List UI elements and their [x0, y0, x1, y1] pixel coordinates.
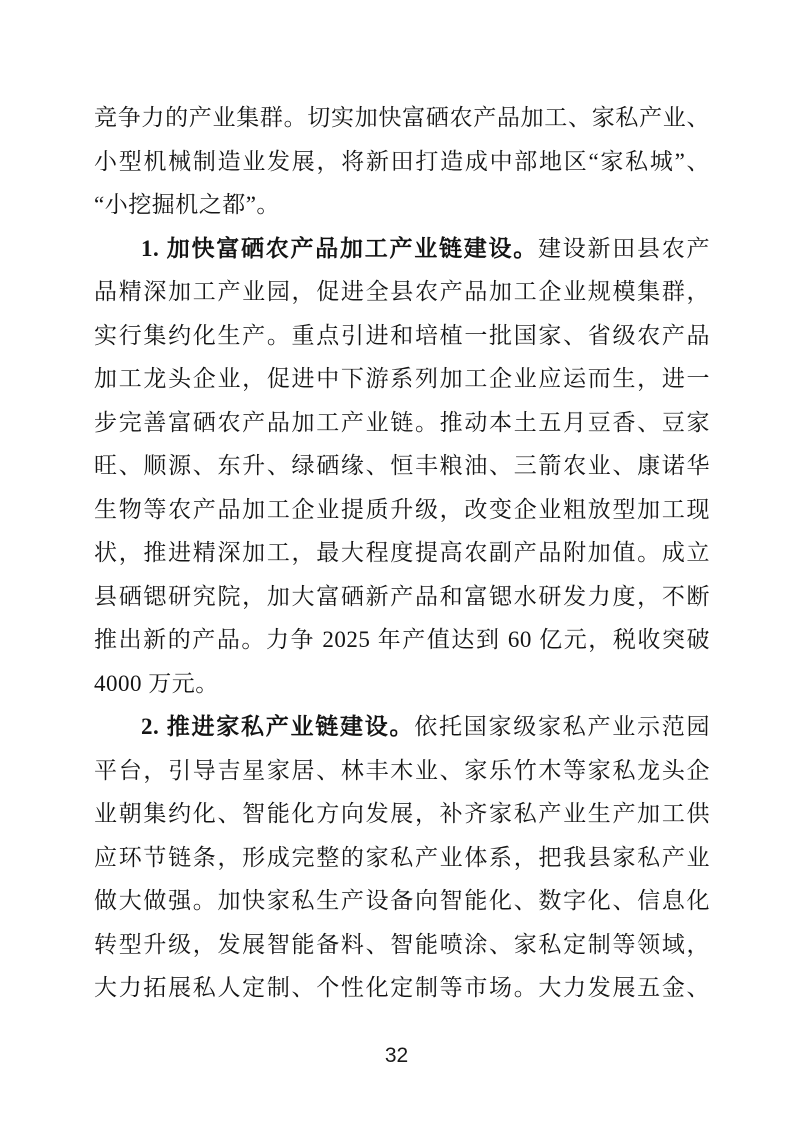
body-run: “小挖掘机之都”。	[94, 192, 280, 217]
body-run: 生物等农产品加工企业提质升级，改变企业粗放型加工现	[94, 497, 710, 522]
text-line: 小型机械制造业发展，将新田打造成中部地区“家私城”、	[94, 140, 710, 184]
text-line: 2. 推进家私产业链建设。依托国家级家私产业示范园	[94, 705, 710, 749]
text-line: 应环节链条，形成完整的家私产业体系，把我县家私产业	[94, 836, 710, 880]
paragraph-intro-continuation: 竞争力的产业集群。切实加快富硒农产品加工、家私产业、小型机械制造业发展，将新田打…	[94, 96, 710, 227]
text-line: 旺、顺源、东升、绿硒缘、恒丰粮油、三箭农业、康诺华	[94, 444, 710, 488]
text-line: 4000 万元。	[94, 662, 710, 706]
text-line: 大力拓展私人定制、个性化定制等市场。大力发展五金、	[94, 966, 710, 1010]
text-line: 县硒锶研究院，加大富硒新产品和富锶水研发力度，不断	[94, 575, 710, 619]
body-run: 转型升级，发展智能备料、智能喷涂、家私定制等领域，	[94, 932, 710, 957]
text-line: 加工龙头企业，促进中下游系列加工企业应运而生，进一	[94, 357, 710, 401]
body-run: 旺、顺源、东升、绿硒缘、恒丰粮油、三箭农业、康诺华	[94, 453, 710, 478]
body-run: 4000 万元。	[94, 671, 219, 696]
heading-run: 2. 推进家私产业链建设。	[141, 714, 414, 739]
body-run: 做大做强。加快家私生产设备向智能化、数字化、信息化	[94, 888, 710, 913]
body-run: 步完善富硒农产品加工产业链。推动本土五月豆香、豆家	[94, 410, 710, 435]
body-run: 状，推进精深加工，最大程度提高农副产品附加值。成立	[94, 540, 710, 565]
text-line: 状，推进精深加工，最大程度提高农副产品附加值。成立	[94, 531, 710, 575]
text-line: 1. 加快富硒农产品加工产业链建设。建设新田县农产	[94, 227, 710, 271]
body-run: 应环节链条，形成完整的家私产业体系，把我县家私产业	[94, 845, 710, 870]
text-line: 转型升级，发展智能备料、智能喷涂、家私定制等领域，	[94, 923, 710, 967]
body-run: 县硒锶研究院，加大富硒新产品和富锶水研发力度，不断	[94, 584, 710, 609]
heading-run: 1. 加快富硒农产品加工产业链建设。	[141, 236, 538, 261]
document-page: 竞争力的产业集群。切实加快富硒农产品加工、家私产业、小型机械制造业发展，将新田打…	[0, 0, 793, 1122]
text-line: 品精深加工产业园，促进全县农产品加工企业规模集群，	[94, 270, 710, 314]
text-line: 推出新的产品。力争 2025 年产值达到 60 亿元，税收突破	[94, 618, 710, 662]
body-run: 加工龙头企业，促进中下游系列加工企业应运而生，进一	[94, 366, 710, 391]
body-run: 依托国家级家私产业示范园	[414, 714, 710, 739]
text-line: 做大做强。加快家私生产设备向智能化、数字化、信息化	[94, 879, 710, 923]
body-run: 建设新田县农产	[538, 236, 710, 261]
text-line: 生物等农产品加工企业提质升级，改变企业粗放型加工现	[94, 488, 710, 532]
text-line: 竞争力的产业集群。切实加快富硒农产品加工、家私产业、	[94, 96, 710, 140]
text-line: 步完善富硒农产品加工产业链。推动本土五月豆香、豆家	[94, 401, 710, 445]
body-run: 竞争力的产业集群。切实加快富硒农产品加工、家私产业、	[94, 105, 710, 130]
document-body: 竞争力的产业集群。切实加快富硒农产品加工、家私产业、小型机械制造业发展，将新田打…	[94, 96, 710, 1010]
body-run: 大力拓展私人定制、个性化定制等市场。大力发展五金、	[94, 975, 710, 1000]
body-run: 小型机械制造业发展，将新田打造成中部地区“家私城”、	[94, 149, 710, 174]
body-run: 实行集约化生产。重点引进和培植一批国家、省级农产品	[94, 323, 710, 348]
paragraph-item-2-furniture-industry-chain: 2. 推进家私产业链建设。依托国家级家私产业示范园平台，引导吉星家居、林丰木业、…	[94, 705, 710, 1010]
text-line: “小挖掘机之都”。	[94, 183, 710, 227]
body-run: 推出新的产品。力争 2025 年产值达到 60 亿元，税收突破	[94, 627, 710, 652]
page-number: 32	[0, 1044, 793, 1068]
body-run: 品精深加工产业园，促进全县农产品加工企业规模集群，	[94, 279, 710, 304]
body-run: 业朝集约化、智能化方向发展，补齐家私产业生产加工供	[94, 801, 710, 826]
paragraph-item-1-selenium-agroprocessing-chain: 1. 加快富硒农产品加工产业链建设。建设新田县农产品精深加工产业园，促进全县农产…	[94, 227, 710, 706]
text-line: 业朝集约化、智能化方向发展，补齐家私产业生产加工供	[94, 792, 710, 836]
body-run: 平台，引导吉星家居、林丰木业、家乐竹木等家私龙头企	[94, 758, 710, 783]
text-line: 平台，引导吉星家居、林丰木业、家乐竹木等家私龙头企	[94, 749, 710, 793]
text-line: 实行集约化生产。重点引进和培植一批国家、省级农产品	[94, 314, 710, 358]
